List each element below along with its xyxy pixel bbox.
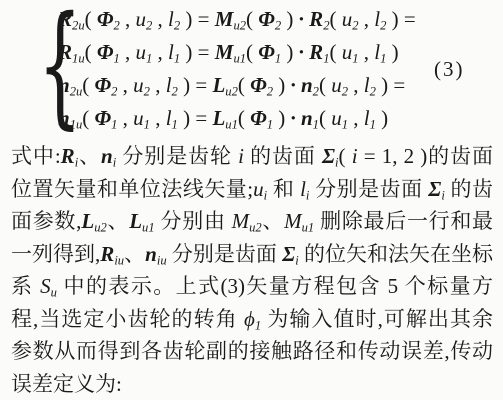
paragraph-line-2: 位置矢量和单位法线矢量;ui 和 li 分别是齿面 Σi 的齿	[11, 173, 493, 206]
equation-line-4: n1u( Φ1 , u1 , l1 ) = Lu1( Φ1 ) · n1( u1…	[58, 102, 416, 135]
equation-line-3: n2u( Φ2 , u2 , l2 ) = Lu2( Φ2 ) · n2( u2…	[58, 69, 416, 102]
paragraph-line-5: 系 Su 中的表示。上式(3)矢量方程包含 5 个标量方	[11, 270, 493, 303]
body-paragraph: 式中:Ri、ni 分别是齿轮 i 的齿面 Σi( i = 1, 2 )的齿面 位…	[11, 140, 493, 400]
paragraph-line-6: 程,当选定小齿轮的转角 ϕ1 为输入值时,可解出其余	[11, 303, 493, 336]
paragraph-line-1: 式中:Ri、ni 分别是齿轮 i 的齿面 Σi( i = 1, 2 )的齿面	[11, 140, 493, 173]
equation-block: { R2u( Φ2 , u2 , l2 ) = Mu2( Φ2 ) · R2( …	[0, 0, 503, 138]
paragraph-line-8: 误差定义为:	[11, 368, 493, 400]
paragraph-line-7: 参数从而得到各齿轮副的接触路径和传动误差,传动	[11, 335, 493, 368]
equation-lines: R2u( Φ2 , u2 , l2 ) = Mu2( Φ2 ) · R2( u2…	[58, 3, 416, 135]
equation-line-2: R1u( Φ1 , u1 , l1 ) = Mu1( Φ1 ) · R1( u1…	[58, 36, 416, 69]
paragraph-line-3: 面参数,Lu2、Lu1 分别由 Mu2、Mu1 删除最后一行和最后	[11, 205, 493, 238]
document-page: { R2u( Φ2 , u2 , l2 ) = Mu2( Φ2 ) · R2( …	[0, 0, 503, 400]
equation-number: (3)	[434, 57, 465, 82]
equation-line-1: R2u( Φ2 , u2 , l2 ) = Mu2( Φ2 ) · R2( u2…	[58, 3, 416, 36]
paragraph-line-4: 一列得到,Riu、niu 分别是齿面 Σi 的位矢和法矢在坐标	[11, 238, 493, 271]
